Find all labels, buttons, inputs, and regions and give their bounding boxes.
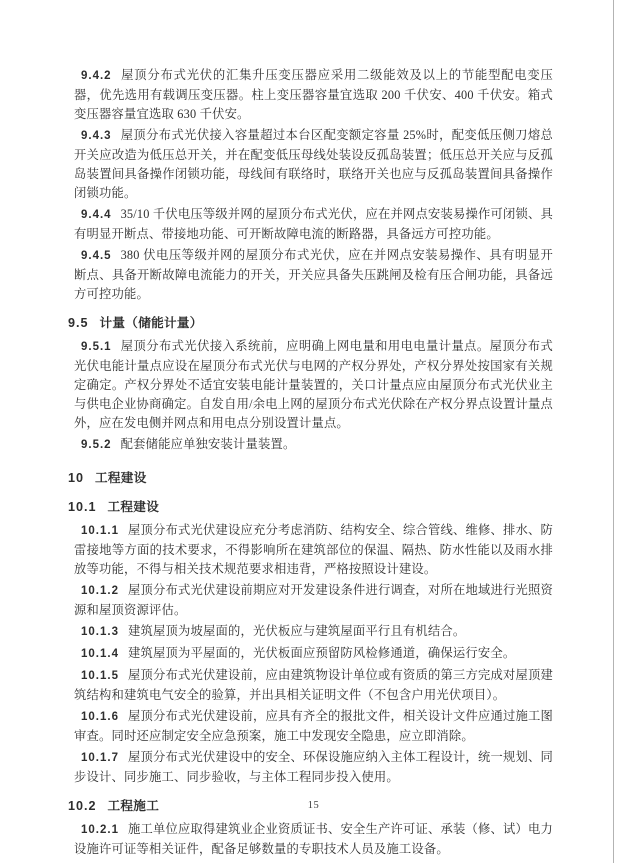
clause-number: 9.4.5: [81, 250, 112, 262]
clause-number: 10.1.1: [81, 525, 119, 537]
clause-number: 10.2.1: [81, 824, 119, 836]
clause-paragraph: 10.1.6屋顶分布式光伏建设前，应具有齐全的报批文件，相关设计文件应通过施工图…: [74, 707, 553, 746]
heading-number: 10: [68, 471, 84, 485]
clause-number: 10.1.6: [81, 711, 119, 723]
clause-paragraph: 10.1.7屋顶分布式光伏建设中的安全、环保设施应纳入主体工程设计，统一规划、同…: [74, 748, 553, 787]
clause-number: 10.1.7: [81, 752, 119, 764]
clause-number: 9.4.2: [81, 70, 112, 82]
clause-paragraph: 10.1.1屋顶分布式光伏建设应充分考虑消防、结构安全、综合管线、维修、排水、防…: [74, 521, 553, 579]
page-number: 15: [74, 800, 553, 811]
document-body: 9.4.2屋顶分布式光伏的汇集升压变压器应采用二级能效及以上的节能型配电变压器，…: [74, 66, 553, 861]
heading-number: 9.5: [68, 316, 89, 330]
document-page: 9.4.2屋顶分布式光伏的汇集升压变压器应采用二级能效及以上的节能型配电变压器，…: [0, 0, 617, 863]
clause-paragraph: 9.5.2配套储能应单独安装计量装置。: [74, 435, 553, 455]
clause-number: 10.1.2: [81, 585, 119, 597]
clause-paragraph: 10.2.1施工单位应取得建筑业企业资质证书、安全生产许可证、承装（修、试）电力…: [74, 820, 553, 859]
clause-paragraph: 10.1.2屋顶分布式光伏建设前期应对开发建设条件进行调查，对所在地域进行光照资…: [74, 581, 553, 620]
section-heading: 9.5计量（储能计量）: [68, 314, 553, 333]
clause-number: 10.1.4: [81, 648, 119, 660]
clause-paragraph: 9.4.3屋顶分布式光伏接入容量超过本台区配变额定容量 25%时，配变低压侧刀熔…: [74, 126, 553, 203]
clause-text: 屋顶分布式光伏接入容量超过本台区配变额定容量 25%时，配变低压侧刀熔总开关应改…: [74, 128, 553, 200]
clause-paragraph: 9.5.1屋顶分布式光伏接入系统前，应明确上网电量和用电电量计量点。屋顶分布式光…: [74, 337, 553, 433]
clause-text: 建筑屋顶为平屋面的，光伏板面应预留防风检修通道，确保运行安全。: [128, 646, 515, 660]
clause-paragraph: 9.4.5380 伏电压等级并网的屋顶分布式光伏，应在并网点安装易操作、具有明显…: [74, 246, 553, 304]
clause-text: 380 伏电压等级并网的屋顶分布式光伏，应在并网点安装易操作、具有明显开断点、具…: [74, 248, 553, 301]
clause-text: 屋顶分布式光伏建设前期应对开发建设条件进行调查，对所在地域进行光照资源和屋顶资源…: [74, 583, 553, 617]
clause-text: 屋顶分布式光伏接入系统前，应明确上网电量和用电电量计量点。屋顶分布式光伏电能计量…: [74, 339, 553, 430]
clause-paragraph: 10.1.4建筑屋顶为平屋面的，光伏板面应预留防风检修通道，确保运行安全。: [74, 644, 553, 664]
clause-number: 10.1.5: [81, 670, 119, 682]
page-edge-line: [613, 0, 614, 863]
clause-paragraph: 9.4.435/10 千伏电压等级并网的屋顶分布式光伏，应在并网点安装易操作可闭…: [74, 205, 553, 244]
clause-paragraph: 10.1.5屋顶分布式光伏建设前，应由建筑物设计单位或有资质的第三方完成对屋顶建…: [74, 666, 553, 705]
section-heading: 10.1工程建设: [68, 498, 553, 517]
clause-number: 10.1.3: [81, 626, 119, 638]
heading-text: 工程建设: [95, 471, 147, 485]
clause-number: 9.4.4: [81, 209, 112, 221]
clause-text: 建筑屋顶为坡屋面的，光伏板应与建筑屋面平行且有机结合。: [128, 624, 465, 638]
clause-text: 配套储能应单独安装计量装置。: [121, 437, 296, 451]
heading-text: 工程建设: [108, 500, 160, 514]
clause-paragraph: 9.4.2屋顶分布式光伏的汇集升压变压器应采用二级能效及以上的节能型配电变压器，…: [74, 66, 553, 124]
clause-text: 屋顶分布式光伏建设前，应具有齐全的报批文件，相关设计文件应通过施工图审查。同时还…: [74, 709, 553, 743]
clause-number: 9.4.3: [81, 130, 112, 142]
chapter-heading: 10工程建设: [68, 469, 553, 488]
clause-number: 9.5.1: [81, 341, 112, 353]
clause-number: 9.5.2: [81, 439, 112, 451]
clause-text: 屋顶分布式光伏的汇集升压变压器应采用二级能效及以上的节能型配电变压器，优先选用有…: [74, 68, 553, 121]
heading-text: 计量（储能计量）: [100, 316, 203, 330]
clause-paragraph: 10.1.3建筑屋顶为坡屋面的，光伏板应与建筑屋面平行且有机结合。: [74, 622, 553, 642]
clause-text: 施工单位应取得建筑业企业资质证书、安全生产许可证、承装（修、试）电力设施许可证等…: [74, 822, 553, 856]
heading-number: 10.1: [68, 500, 97, 514]
clause-text: 屋顶分布式光伏建设前，应由建筑物设计单位或有资质的第三方完成对屋顶建筑结构和建筑…: [74, 668, 553, 702]
clause-text: 屋顶分布式光伏建设中的安全、环保设施应纳入主体工程设计，统一规划、同步设计、同步…: [74, 750, 553, 784]
clause-text: 屋顶分布式光伏建设应充分考虑消防、结构安全、综合管线、维修、排水、防雷接地等方面…: [74, 523, 553, 576]
clause-text: 35/10 千伏电压等级并网的屋顶分布式光伏，应在并网点安装易操作可闭锁、具有明…: [74, 207, 553, 241]
